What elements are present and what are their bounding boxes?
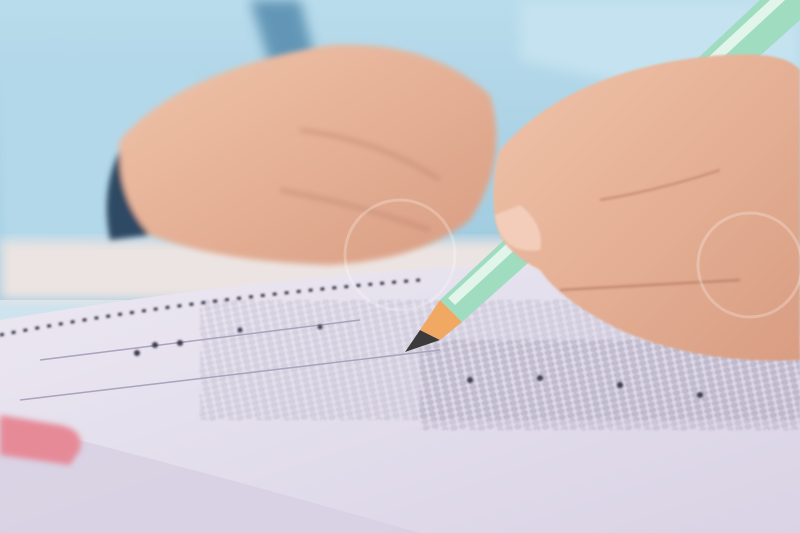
photo-illustration [0, 0, 800, 533]
photo-scene [0, 0, 800, 533]
